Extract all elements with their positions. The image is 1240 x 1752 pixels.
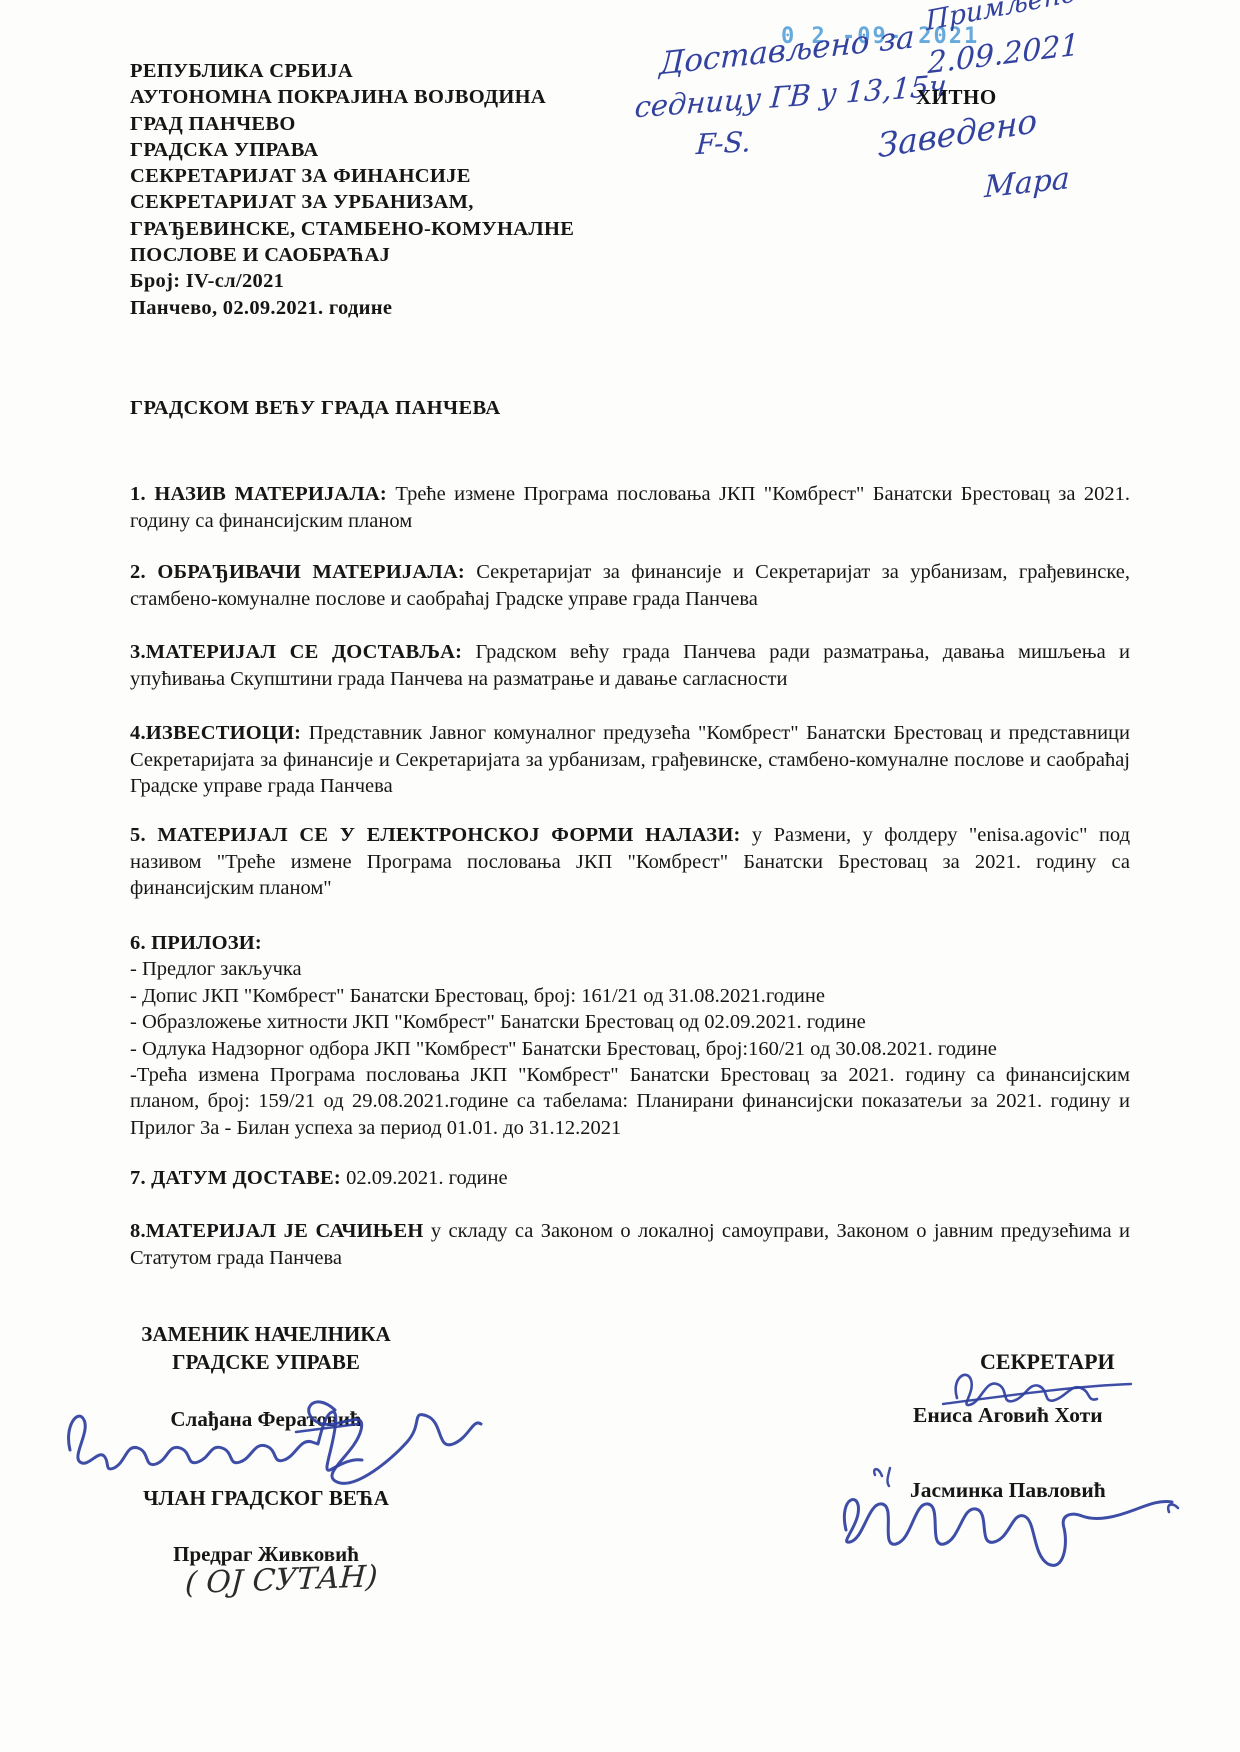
item-7-delivery-date: 7. ДАТУМ ДОСТАВЕ: 02.09.2021. године (130, 1165, 1130, 1192)
attachment-line: - Предлог закључка (130, 956, 1130, 982)
item-2-label: 2. ОБРАЂИВАЧИ МАТЕРИЈАЛА: (130, 561, 465, 583)
urgent-label: ХИТНО (916, 85, 997, 110)
attachment-line: - Допис ЈКП "Комбрест" Банатски Брестова… (130, 983, 1130, 1009)
letterhead-line: ГРАДСКА УПРАВА (130, 137, 574, 163)
signature-jasminka-ink (826, 1460, 1190, 1568)
item-8-label: 8.МАТЕРИЈАЛ ЈЕ САЧИЊЕН (130, 1220, 424, 1242)
letterhead-line: СЕКРЕТАРИЈАТ ЗА УРБАНИЗАМ, (130, 189, 574, 215)
attachments-heading: 6. ПРИЛОЗИ: (130, 930, 1130, 956)
item-4-label: 4.ИЗВЕСТИОЦИ: (130, 722, 301, 744)
letterhead-line: ГРАД ПАНЧЕВО (130, 111, 574, 137)
letterhead-line: ПОСЛОВЕ И САОБРАЋАЈ (130, 242, 574, 268)
left-role-line1: ЗАМЕНИК НАЧЕЛНИКА (130, 1322, 402, 1347)
item-6-attachments: 6. ПРИЛОЗИ: - Предлог закључка - Допис Ј… (130, 930, 1130, 1141)
attachment-line: - Одлука Надзорног одбора ЈКП "Комбрест"… (130, 1036, 1130, 1062)
item-2-material-processors: 2. ОБРАЂИВАЧИ МАТЕРИЈАЛА: Секретаријат з… (130, 559, 1130, 612)
letterhead-line: СЕКРЕТАРИЈАТ ЗА ФИНАНСИЈЕ (130, 163, 574, 189)
item-7-body: 02.09.2021. године (341, 1167, 508, 1189)
letterhead-line: ГРАЂЕВИНСКЕ, СТАМБЕНО-КОМУНАЛНЕ (130, 216, 574, 242)
scanned-document-page: РЕПУБЛИКА СРБИЈА АУТОНОМНА ПОКРАЈИНА ВОЈ… (0, 0, 1240, 1752)
right-role: СЕКРЕТАРИ (980, 1349, 1115, 1375)
item-3-material-submitted: 3.МАТЕРИЈАЛ СЕ ДОСТАВЉА: Градском већу г… (130, 639, 1130, 692)
letterhead-line: РЕПУБЛИКА СРБИЈА (130, 58, 574, 84)
signature-flourish-ink (295, 1382, 485, 1492)
handwritten-initials: F-S. (695, 125, 751, 161)
item-1-material-name: 1. НАЗИВ МАТЕРИЈАЛА: Треће измене Програ… (130, 481, 1130, 534)
item-1-label: 1. НАЗИВ МАТЕРИЈАЛА: (130, 483, 387, 505)
item-3-label: 3.МАТЕРИЈАЛ СЕ ДОСТАВЉА: (130, 641, 462, 663)
item-5-label: 5. МАТЕРИЈАЛ СЕ У ЕЛЕКТРОНСКОЈ ФОРМИ НАЛ… (130, 824, 741, 846)
left-role-line2: ГРАДСКЕ УПРАВЕ (130, 1350, 402, 1375)
handwritten-deputy-note: ( ОЈ СУТАН) (184, 1559, 378, 1601)
letterhead-block: РЕПУБЛИКА СРБИЈА АУТОНОМНА ПОКРАЈИНА ВОЈ… (130, 58, 574, 321)
attachment-line: -Трећа измена Програма пословања ЈКП "Ко… (130, 1062, 1130, 1141)
item-4-reporters: 4.ИЗВЕСТИОЦИ: Представник Јавног комунал… (130, 720, 1130, 800)
recipient-title: ГРАДСКОМ ВЕЋУ ГРАДА ПАНЧЕВА (130, 397, 501, 420)
item-8-legal-basis: 8.МАТЕРИЈАЛ ЈЕ САЧИЊЕН у складу са Закон… (130, 1218, 1130, 1271)
item-7-label: 7. ДАТУМ ДОСТАВЕ: (130, 1167, 341, 1189)
left-signatory-name-1: Слађана Фератовић (130, 1407, 402, 1432)
letterhead-line: АУТОНОМНА ПОКРАЈИНА ВОЈВОДИНА (130, 84, 574, 110)
left-role-line3: ЧЛАН ГРАДСКОГ ВЕЋА (130, 1486, 402, 1511)
right-signatory-name-2: Јасминка Павловић (910, 1478, 1106, 1503)
document-number: Број: IV-сл/2021 (130, 268, 574, 294)
document-place-date: Панчево, 02.09.2021. године (130, 295, 574, 321)
handwritten-filed-note: Заведено (878, 101, 1037, 166)
item-5-electronic-form: 5. МАТЕРИЈАЛ СЕ У ЕЛЕКТРОНСКОЈ ФОРМИ НАЛ… (130, 822, 1130, 902)
handwritten-filed-by: Мара (984, 161, 1070, 205)
right-signatory-name-1: Ениса Аговић Хоти (913, 1403, 1103, 1428)
attachment-line: - Образложење хитности ЈКП "Комбрест" Ба… (130, 1009, 1130, 1035)
